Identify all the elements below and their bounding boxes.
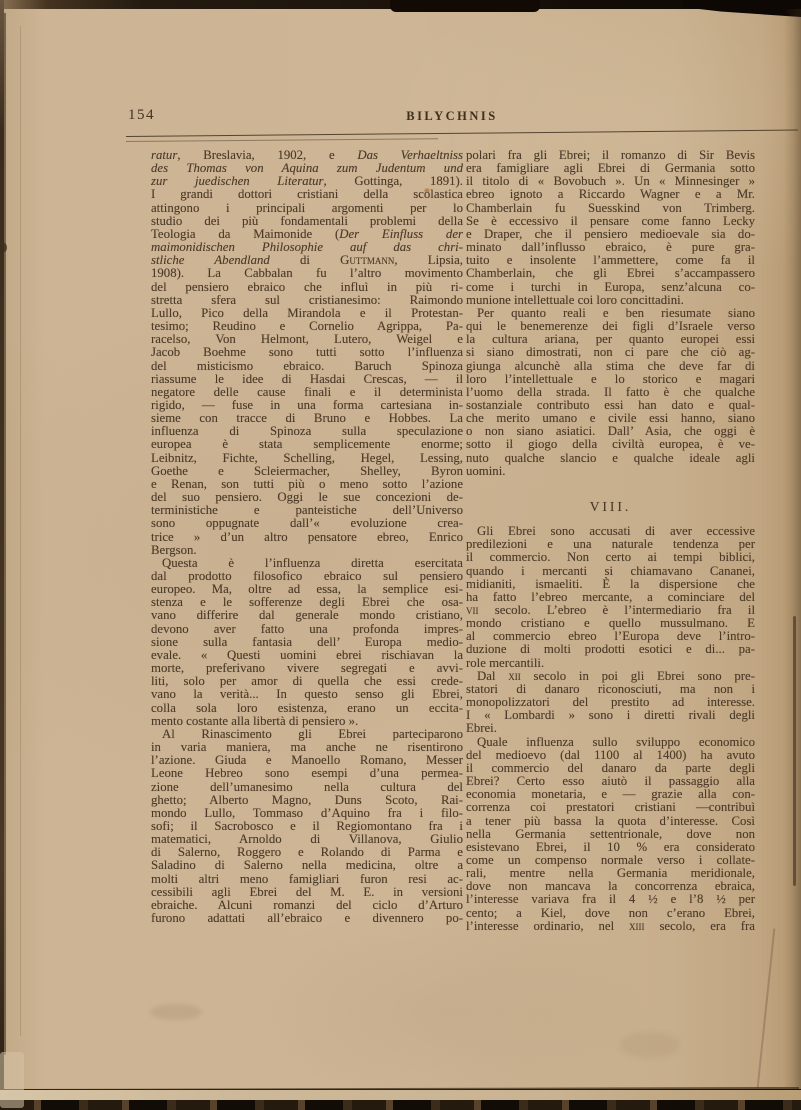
text-line: Jacob Boehme sono tutti sotto l’influenz… [151,346,463,359]
page-right-edge-line [793,616,796,886]
text-line: Saladino di Salerno nella medicina, oltr… [151,859,463,872]
photo-top-edge-blob [390,0,540,12]
text-line: ebreo ignoto a Riccardo Wagner e a Mr. [466,188,755,201]
text-line: ghetto; Alberto Magno, Duns Scoto, Rai- [151,794,463,807]
under-page-strip [0,1090,801,1100]
text-line: a tener più bassa la quota d’interesse. … [466,815,755,828]
text-line: l’interesse ordinario, nel xiii secolo, … [466,920,755,933]
text-line: attingono i principali argomenti per lo [151,202,463,215]
text-line: correnza coi prestatori cristiani —contr… [466,801,755,814]
text-line: trice » d’un altro pensatore ebreo, Enri… [151,531,463,544]
scanned-book-page: { "header": { "page_number": "154", "jou… [0,0,801,1110]
text-line: l’uomo della strada. Il fatto è che qual… [466,386,755,399]
text-line: sono oppugnate dall’« evoluzione crea- [151,517,463,530]
page-right-shade [784,9,801,1089]
text-line: mondo Lullo, Tommaso d’Aquino fra i filo… [151,807,463,820]
text-line: quando i mercanti si chiamavano Cananei, [466,565,755,578]
text-line: molti altri meno famigliari furon resi a… [151,873,463,886]
text-line: vano differire dal generale mondo cristi… [151,609,463,622]
page-left-inner-edge [20,26,21,1036]
section-heading: VIII. [466,500,755,513]
small-caps-text: vii [466,603,479,617]
text-line: sione sulla fantasia dell’ Europa medio- [151,636,463,649]
text-line: furono adattati all’ebraico e divennero … [151,912,463,925]
small-caps-text: xii [508,669,521,683]
text-line: stretta sfera sul cristianesimo: Raimond… [151,294,463,307]
text-line: Ebrei. [466,722,755,735]
text-line: Bergson. [151,544,463,557]
text-line: Leibnitz, Fichte, Schelling, Hegel, Less… [151,452,463,465]
small-caps-text: xiii [629,919,645,933]
text-line: vano la verità... In questo senso gli Eb… [151,688,463,701]
paper-stain [150,1004,202,1020]
text-line: del pensiero ebraico che influì in più r… [151,281,463,294]
journal-title: BILYCHNIS [252,109,652,124]
text-line: cento; a Kiel, dove non c’erano Ebrei, [466,907,755,920]
text-line: negatore delle cause finali e il determi… [151,386,463,399]
small-caps-text: Guttmann [340,253,394,267]
text-line: colla sola loro esistenza, erano un ecci… [151,702,463,715]
text-line: del misticismo ebraico. Baruch Spinoza [151,360,463,373]
column-right: polari fra gli Ebrei; il romanzo di Sir … [466,149,755,933]
page-left-edge-line [4,13,6,1055]
text-line: zione dell’umanesimo nella cultura del [151,781,463,794]
text-line: Chamberlain, che gli Ebrei s’accampasser… [466,267,755,280]
text-line: I « Lombardi » sono i diretti rivali deg… [466,709,755,722]
text-line: esistevano Ebrei, il 10 % era considerat… [466,841,755,854]
text-line: come i turchi in Europa, senz’alcuna co- [466,281,755,294]
text-line: Leone Hebreo sono esempi d’una permea- [151,767,463,780]
text-line: Chamberlain fu Suesskind von Trimberg. [466,202,755,215]
text-line: sotto il giogo della civiltà europea, è … [466,438,755,451]
text-line: cessibili agli Ebrei del M. E. in versio… [151,886,463,899]
text-line: nuto qualche slancio e qualche ideale ag… [466,452,755,465]
text-line: uomini. [466,465,755,478]
text-line: munione intellettuale coi loro concittad… [466,294,755,307]
text-line: Quale influenza sullo sviluppo economico [466,736,755,749]
text-line: europea è stata semplicemente enorme; [151,438,463,451]
text-line: 1908). La Cabbalan fu l’altro movimento [151,267,463,280]
text-line: del medioevo (dal 1100 al 1400) ha avuto [466,749,755,762]
text-line: riassume le idee di Hasdai Crescas, — il [151,373,463,386]
text-line: mento costante alla libertà di pensiero … [151,715,463,728]
column-left: ratur, Breslavia, 1902, e Das Verhaeltni… [151,149,463,925]
text-line: midianiti, ismaeliti. È la dispersione c… [466,578,755,591]
text-line: Goethe e Scleiermacher, Shelley, Byron [151,465,463,478]
paper-stain [620,1032,680,1058]
text-line: Dal xii secolo in poi gli Ebrei sono pre… [466,670,755,683]
text-line: devono aver fatto una profonda impres- [151,623,463,636]
photo-bottom-edge [0,1100,801,1110]
text-line: si siano dimostrati, non ci pare che ciò… [466,346,755,359]
text-line: I grandi dottori cristiani della scolast… [151,188,463,201]
text-line: loro l’intellettuale e lo storico e maga… [466,373,755,386]
text-line: duzione di molti prodotti esotici e di..… [466,643,755,656]
text-line: nella Germania settentrionale, dove non [466,828,755,841]
page-number: 154 [128,107,155,124]
text-line: l’interesse variava fra il 4 ½ e l’8 ½ p… [466,893,755,906]
text-line: Se è eccessivo il pensare come fanno Lec… [466,215,755,228]
bottom-left-page-corner [0,1052,24,1108]
text-line: giunga alcunchè alla stima che deve far … [466,360,755,373]
text-line: il commercio. Non certo ai tempi biblici… [466,551,755,564]
